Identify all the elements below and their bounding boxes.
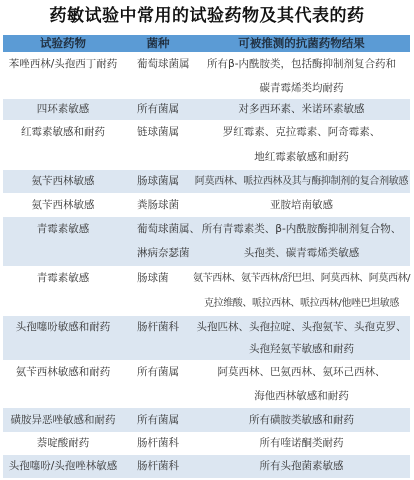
test-drug-cell: 青霉素敏感 [3, 217, 123, 266]
table-header-row: 试验药物 菌种 可被推测的抗菌药物结果 [3, 35, 410, 52]
test-drug-cell: 青霉素敏感 [3, 266, 123, 316]
drug-susceptibility-table: 试验药物 菌种 可被推测的抗菌药物结果 苯唑西林/头孢西丁耐药 葡萄球菌属 所有… [3, 35, 410, 478]
test-drug-cell: 萘啶酸耐药 [3, 432, 123, 455]
result-cell: 头孢匹林、头孢拉啶、头孢氨苄、头孢克罗、 头孢羟氨苄敏感和耐药 [193, 316, 410, 360]
organism-cell: 所有菌属 [123, 99, 193, 120]
test-drug-cell: 氨苄西林敏感 [3, 193, 123, 217]
organism-cell: 所有菌属 [123, 360, 193, 408]
result-cell: 所有β-内酰胺类，包括酶抑制剂复合药和 碳青霉烯类均耐药 [193, 52, 410, 99]
result-cell: 所有喹诺酮类耐药 [193, 432, 410, 455]
result-cell: 所有青霉素类、β-内酰胺酶抑制剂复合物、 头孢类、碳青霉烯类敏感 [193, 217, 410, 266]
column-header-inferred-result: 可被推测的抗菌药物结果 [193, 35, 410, 52]
result-cell: 所有磺胺类敏感和耐药 [193, 408, 410, 432]
organism-line: 淋病奈瑟菌 [137, 241, 193, 265]
table-row: 头孢噻吩敏感和耐药 肠杆菌科 头孢匹林、头孢拉啶、头孢氨苄、头孢克罗、 头孢羟氨… [3, 316, 410, 360]
result-line: 所有喹诺酮类耐药 [193, 432, 410, 455]
result-line: 所有青霉素类、β-内酰胺酶抑制剂复合物、 [193, 217, 410, 241]
organism-cell: 所有菌属 [123, 408, 193, 432]
result-cell: 氨苄西林、氨苄西林/舒巴坦、阿莫西林、阿莫西林/ 克拉维酸、哌拉西林、哌拉西林/… [193, 266, 410, 316]
test-drug-cell: 头孢噻吩敏感和耐药 [3, 316, 123, 360]
organism-cell: 肠球菌属 [123, 170, 193, 193]
result-cell: 阿莫西林、哌拉西林及其与酶抑制剂的复合剂敏感 [193, 170, 410, 193]
result-line: 所有β-内酰胺类，包括酶抑制剂复合药和 [193, 52, 410, 76]
result-line: 头孢匹林、头孢拉啶、头孢氨苄、头孢克罗、 [193, 316, 410, 338]
result-line: 克拉维酸、哌拉西林、哌拉西林/他唑巴坦敏感 [193, 291, 410, 316]
table-row: 氨苄西林敏感和耐药 所有菌属 阿莫西林、巴氨西林、氨环己西林、 海他西林敏感和耐… [3, 360, 410, 408]
result-line: 海他西林敏感和耐药 [193, 384, 410, 408]
result-line: 亚胺培南敏感 [193, 193, 410, 217]
result-cell: 所有头孢菌素敏感 [193, 455, 410, 478]
result-cell: 对多西环素、米诺环素敏感 [193, 99, 410, 120]
page-title: 药敏试验中常用的试验药物及其代表的药 [0, 6, 414, 26]
test-drug-cell: 四环素敏感 [3, 99, 123, 120]
table-row: 青霉素敏感 肠球菌 氨苄西林、氨苄西林/舒巴坦、阿莫西林、阿莫西林/ 克拉维酸、… [3, 266, 410, 316]
column-header-organism: 菌种 [123, 35, 193, 52]
result-line: 对多西环素、米诺环素敏感 [193, 99, 410, 120]
test-drug-cell: 苯唑西林/头孢西丁耐药 [3, 52, 123, 99]
table-row: 苯唑西林/头孢西丁耐药 葡萄球菌属 所有β-内酰胺类，包括酶抑制剂复合药和 碳青… [3, 52, 410, 99]
organism-cell: 肠球菌 [123, 266, 193, 316]
table-row: 四环素敏感 所有菌属 对多西环素、米诺环素敏感 [3, 99, 410, 120]
organism-cell: 葡萄球菌属、 淋病奈瑟菌 [123, 217, 193, 266]
test-drug-cell: 磺胺异恶唑敏感和耐药 [3, 408, 123, 432]
result-line: 阿莫西林、巴氨西林、氨环己西林、 [193, 360, 410, 384]
result-cell: 罗红霉素、克拉霉素、阿奇霉素、 地红霉素敏感和耐药 [193, 120, 410, 170]
organism-cell: 肠杆菌科 [123, 455, 193, 478]
table-row: 氨苄西林敏感 肠球菌属 阿莫西林、哌拉西林及其与酶抑制剂的复合剂敏感 [3, 170, 410, 193]
organism-cell: 链球菌属 [123, 120, 193, 170]
table-row: 氨苄西林敏感 粪肠球菌 亚胺培南敏感 [3, 193, 410, 217]
result-cell: 阿莫西林、巴氨西林、氨环己西林、 海他西林敏感和耐药 [193, 360, 410, 408]
table-row: 青霉素敏感 葡萄球菌属、 淋病奈瑟菌 所有青霉素类、β-内酰胺酶抑制剂复合物、 … [3, 217, 410, 266]
organism-cell: 粪肠球菌 [123, 193, 193, 217]
organism-line: 葡萄球菌属、 [137, 217, 193, 241]
table-row: 红霉素敏感和耐药 链球菌属 罗红霉素、克拉霉素、阿奇霉素、 地红霉素敏感和耐药 [3, 120, 410, 170]
test-drug-cell: 红霉素敏感和耐药 [3, 120, 123, 170]
result-line: 头孢类、碳青霉烯类敏感 [193, 241, 410, 265]
column-header-test-drug: 试验药物 [3, 35, 123, 52]
result-line: 氨苄西林、氨苄西林/舒巴坦、阿莫西林、阿莫西林/ [193, 266, 410, 291]
result-line: 阿莫西林、哌拉西林及其与酶抑制剂的复合剂敏感 [193, 170, 410, 193]
result-line: 头孢羟氨苄敏感和耐药 [193, 338, 410, 360]
test-drug-cell: 氨苄西林敏感 [3, 170, 123, 193]
organism-cell: 肠杆菌科 [123, 316, 193, 360]
result-cell: 亚胺培南敏感 [193, 193, 410, 217]
table-row: 磺胺异恶唑敏感和耐药 所有菌属 所有磺胺类敏感和耐药 [3, 408, 410, 432]
table-row: 萘啶酸耐药 肠杆菌科 所有喹诺酮类耐药 [3, 432, 410, 455]
organism-cell: 葡萄球菌属 [123, 52, 193, 99]
result-line: 罗红霉素、克拉霉素、阿奇霉素、 [193, 120, 410, 145]
test-drug-cell: 氨苄西林敏感和耐药 [3, 360, 123, 408]
test-drug-cell: 头孢噻吩/头孢唑林敏感 [3, 455, 123, 478]
organism-cell: 肠杆菌科 [123, 432, 193, 455]
table-row: 头孢噻吩/头孢唑林敏感 肠杆菌科 所有头孢菌素敏感 [3, 455, 410, 478]
result-line: 地红霉素敏感和耐药 [193, 145, 410, 170]
result-line: 所有磺胺类敏感和耐药 [193, 408, 410, 432]
result-line: 所有头孢菌素敏感 [193, 455, 410, 478]
result-line: 碳青霉烯类均耐药 [193, 76, 410, 100]
